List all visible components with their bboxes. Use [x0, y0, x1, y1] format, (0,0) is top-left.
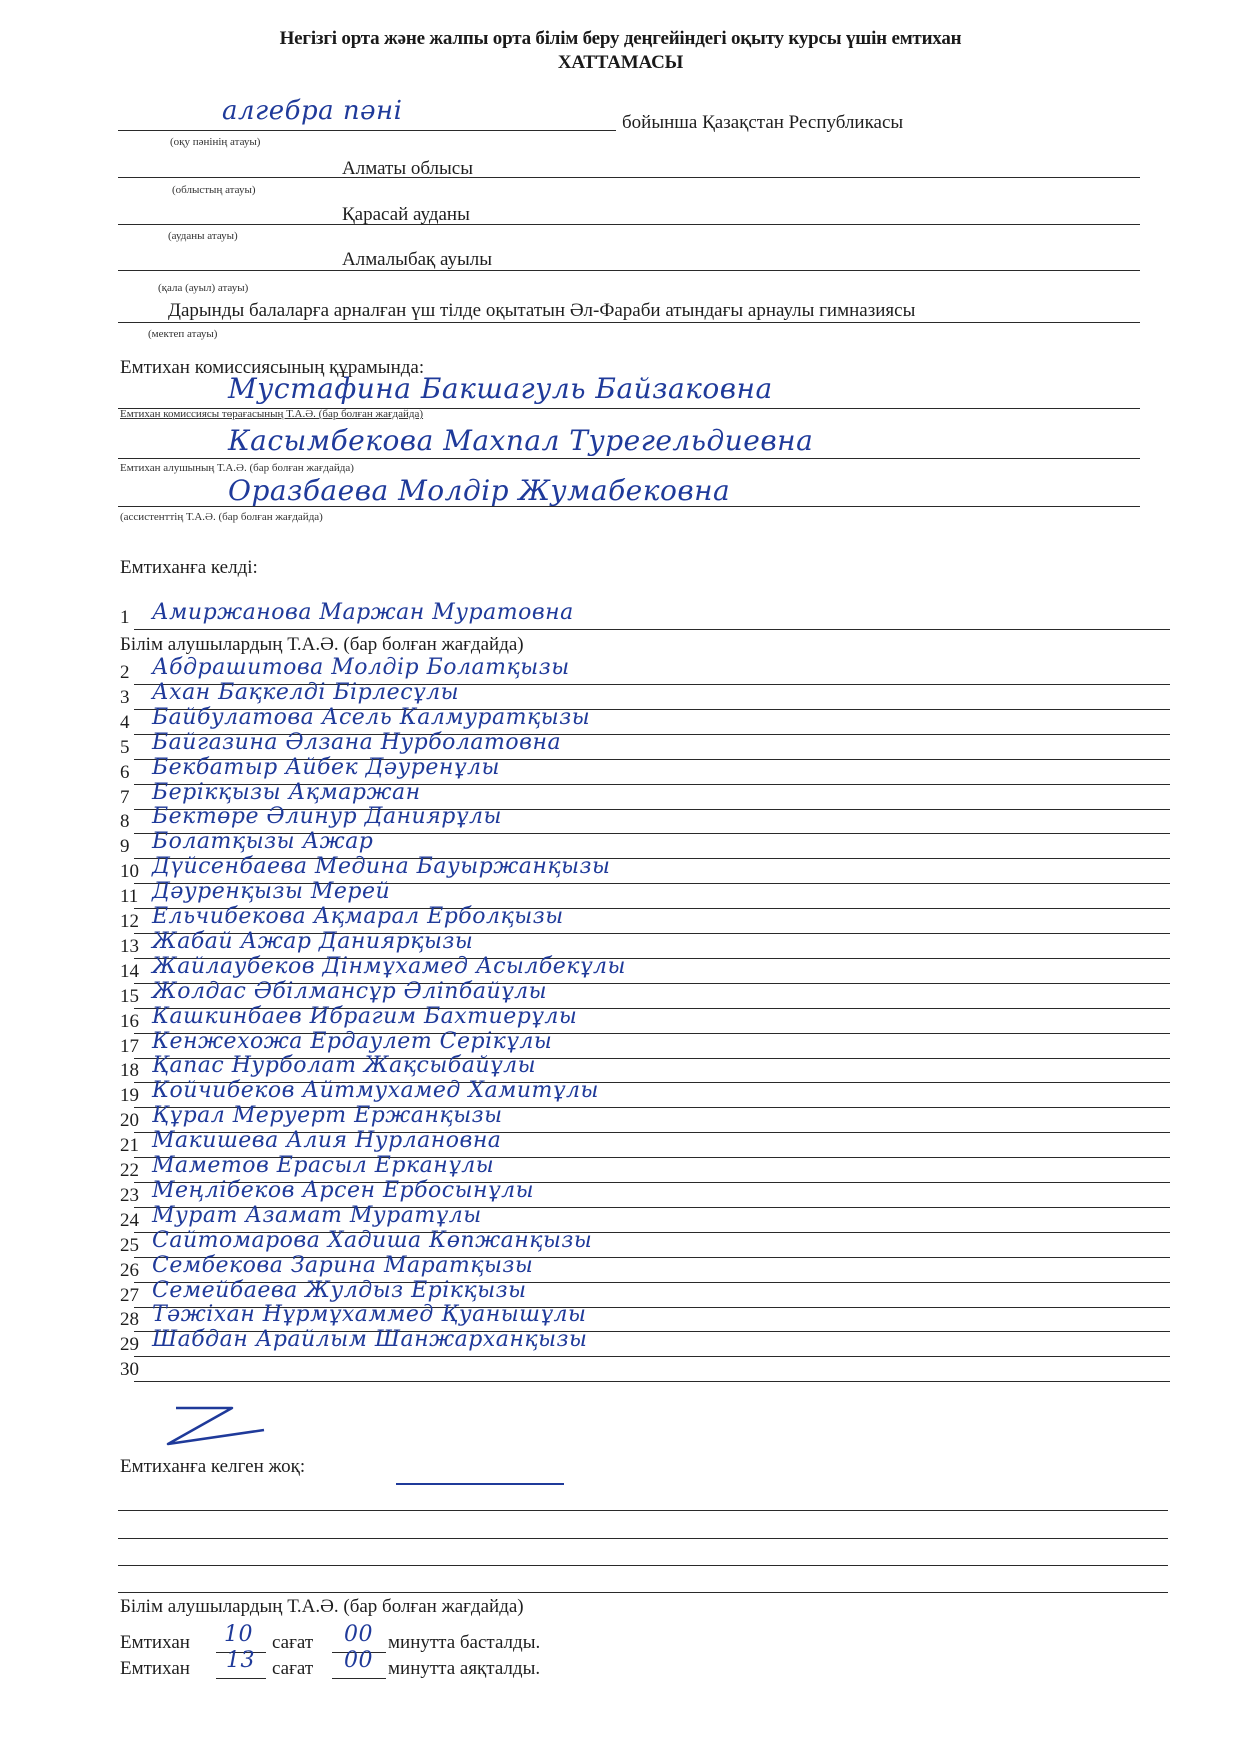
city-line	[118, 270, 1140, 271]
attended-heading: Емтиханға келді:	[120, 557, 258, 579]
student-number: 8	[120, 811, 148, 833]
student-number: 6	[120, 762, 148, 784]
end-suffix: минутта аяқталды.	[388, 1658, 540, 1680]
student-number: 19	[120, 1085, 148, 1107]
student-name: Сембекова Зарина Маратқызы	[152, 1253, 533, 1278]
student-number: 27	[120, 1285, 148, 1307]
start-hour-label: сағат	[272, 1632, 313, 1654]
subject-caption: (оқу пәнінің атауы)	[170, 136, 260, 148]
student-number: 24	[120, 1210, 148, 1232]
student-name: Жабай Ажар Даниярқызы	[152, 929, 473, 954]
strike-mark	[160, 1404, 270, 1448]
student-number: 1	[120, 607, 148, 629]
student-name: Мурат Азамат Муратұлы	[152, 1203, 482, 1228]
school-caption: (мектеп атауы)	[148, 328, 217, 340]
absent-dash	[396, 1483, 564, 1485]
student-name: Берікқызы Ақмаржан	[152, 780, 421, 805]
subject-line	[118, 130, 616, 131]
student-number: 11	[120, 886, 148, 908]
start-suffix: минутта басталды.	[388, 1632, 540, 1654]
student-number: 22	[120, 1160, 148, 1182]
student-number: 18	[120, 1060, 148, 1082]
student-name: Меңлібеков Арсен Ербосынұлы	[152, 1178, 534, 1203]
end-hour-line	[216, 1678, 266, 1679]
student-name: Бектөре Әлинур Даниярұлы	[152, 804, 502, 829]
student-number: 12	[120, 911, 148, 933]
student-name: Маметов Ерасыл Ерканұлы	[152, 1153, 494, 1178]
district-line	[118, 224, 1140, 225]
start-hour: 10	[224, 1622, 253, 1647]
start-minute: 00	[344, 1622, 373, 1647]
absent-line-2	[118, 1538, 1168, 1539]
student-number: 5	[120, 737, 148, 759]
absent-line-4	[118, 1592, 1168, 1593]
city-caption: (қала (ауыл) атауы)	[158, 282, 248, 294]
student-name: Семейбаева Жулдыз Ерікқызы	[152, 1278, 527, 1303]
student-name: Бекбатыр Айбек Дәуренұлы	[152, 755, 500, 780]
student-name: Кашкинбаев Ибрагим Бахтиерұлы	[152, 1004, 577, 1029]
student-line	[134, 1381, 1170, 1382]
document-subtitle: ХАТТАМАСЫ	[0, 52, 1241, 74]
student-number: 3	[120, 687, 148, 709]
student-number: 20	[120, 1110, 148, 1132]
chair-caption: Емтихан комиссиясы төрағасының Т.А.Ә. (б…	[120, 408, 423, 420]
student-number: 23	[120, 1185, 148, 1207]
student-name: Жолдас Әбілмансұр Әліпбайұлы	[152, 979, 547, 1004]
student-name: Абдрашитова Молдір Болатқызы	[152, 655, 570, 680]
end-minute-line	[332, 1678, 386, 1679]
student-name: Амиржанова Маржан Муратовна	[152, 600, 574, 625]
student-number: 14	[120, 961, 148, 983]
student-number: 7	[120, 787, 148, 809]
assistant-name: Оразбаева Молдір Жумабековна	[228, 474, 730, 507]
student-number: 26	[120, 1260, 148, 1282]
chair-name: Мустафина Бакшагуль Байзаковна	[228, 372, 773, 405]
student-name: Дәуренқызы Мерей	[152, 879, 390, 904]
student-name: Кенжехожа Ердаулет Серікұлы	[152, 1029, 552, 1054]
absent-line-3	[118, 1565, 1168, 1566]
start-prefix: Емтихан	[120, 1632, 190, 1654]
region-line	[118, 177, 1140, 178]
student-number: 16	[120, 1011, 148, 1033]
district-caption: (ауданы атауы)	[168, 230, 238, 242]
end-hour-label: сағат	[272, 1658, 313, 1680]
student-name: Шабдан Арайлым Шанжарханқызы	[152, 1327, 587, 1352]
student-row: 29Шабдан Арайлым Шанжарханқызы	[120, 1334, 1170, 1358]
absent-caption: Білім алушылардың Т.А.Ә. (бар болған жағ…	[120, 1596, 524, 1618]
student-number: 2	[120, 662, 148, 684]
student-name: Қапас Нурболат Жақсыбайұлы	[152, 1053, 536, 1078]
student-name: Құрал Meруерт Ержанқызы	[152, 1103, 503, 1128]
student-number: 29	[120, 1334, 148, 1356]
school-value: Дарынды балаларға арналған үш тілде оқыт…	[168, 300, 915, 322]
end-hour: 13	[226, 1648, 255, 1673]
city-value: Алмалыбақ ауылы	[342, 249, 492, 271]
subject-suffix: бойынша Қазақстан Республикасы	[622, 112, 903, 134]
student-number: 25	[120, 1235, 148, 1257]
examiner-caption: Емтихан алушының Т.А.Ә. (бар болған жағд…	[120, 462, 354, 474]
student-number: 21	[120, 1135, 148, 1157]
student-number: 13	[120, 936, 148, 958]
region-caption: (облыстың атауы)	[172, 184, 256, 196]
student-line	[134, 1356, 1170, 1357]
student-line	[134, 629, 1170, 630]
student-name: Болатқызы Ажар	[152, 829, 373, 854]
absent-line-1	[118, 1510, 1168, 1511]
student-name: Дүйсенбаева Медина Бауыржанқызы	[152, 854, 610, 879]
student-name: Макишева Алия Нурлановна	[152, 1128, 501, 1153]
student-number: 28	[120, 1309, 148, 1331]
student-name: Байбулатова Асель Калмуратқызы	[152, 705, 590, 730]
absent-heading: Емтиханға келген жоқ:	[120, 1456, 305, 1478]
student-name: Тәжіхан Нұрмұхаммед Қуанышұлы	[152, 1302, 586, 1327]
student-number: 9	[120, 836, 148, 858]
end-prefix: Емтихан	[120, 1658, 190, 1680]
examiner-name: Касымбекова Махпал Турегельдиевна	[228, 424, 813, 457]
assistant-line	[118, 506, 1140, 507]
student-name: Койчибеков Айтмухамед Хамитұлы	[152, 1078, 599, 1103]
school-line	[118, 322, 1140, 323]
district-value: Қарасай ауданы	[342, 204, 470, 226]
assistant-caption: (ассистенттің Т.А.Ә. (бар болған жағдайд…	[120, 511, 323, 523]
student-number: 30	[120, 1359, 148, 1381]
student-number: 15	[120, 986, 148, 1008]
student-name: Жайлаубеков Дінмұхамед Асылбекұлы	[152, 954, 626, 979]
student-number: 17	[120, 1036, 148, 1058]
subject-value: алгебра пәні	[222, 96, 402, 126]
student-number: 4	[120, 712, 148, 734]
student-row: 1Амиржанова Маржан Муратовна	[120, 607, 1170, 631]
students-caption: Білім алушылардың Т.А.Ә. (бар болған жағ…	[120, 634, 524, 656]
student-number: 10	[120, 861, 148, 883]
student-name: Ельчибекова Ақмарал Ерболқызы	[152, 904, 564, 929]
student-name: Сайтомарова Хадиша Көпжанқызы	[152, 1228, 592, 1253]
end-minute: 00	[344, 1648, 373, 1673]
document-title: Негізгі орта және жалпы орта білім беру …	[0, 28, 1241, 50]
examiner-line	[118, 458, 1140, 459]
student-name: Байгазина Әлзана Нурболатовна	[152, 730, 561, 755]
student-row: 30	[120, 1359, 1170, 1383]
student-name: Ахан Бақкелді Бірлесұлы	[152, 680, 459, 705]
